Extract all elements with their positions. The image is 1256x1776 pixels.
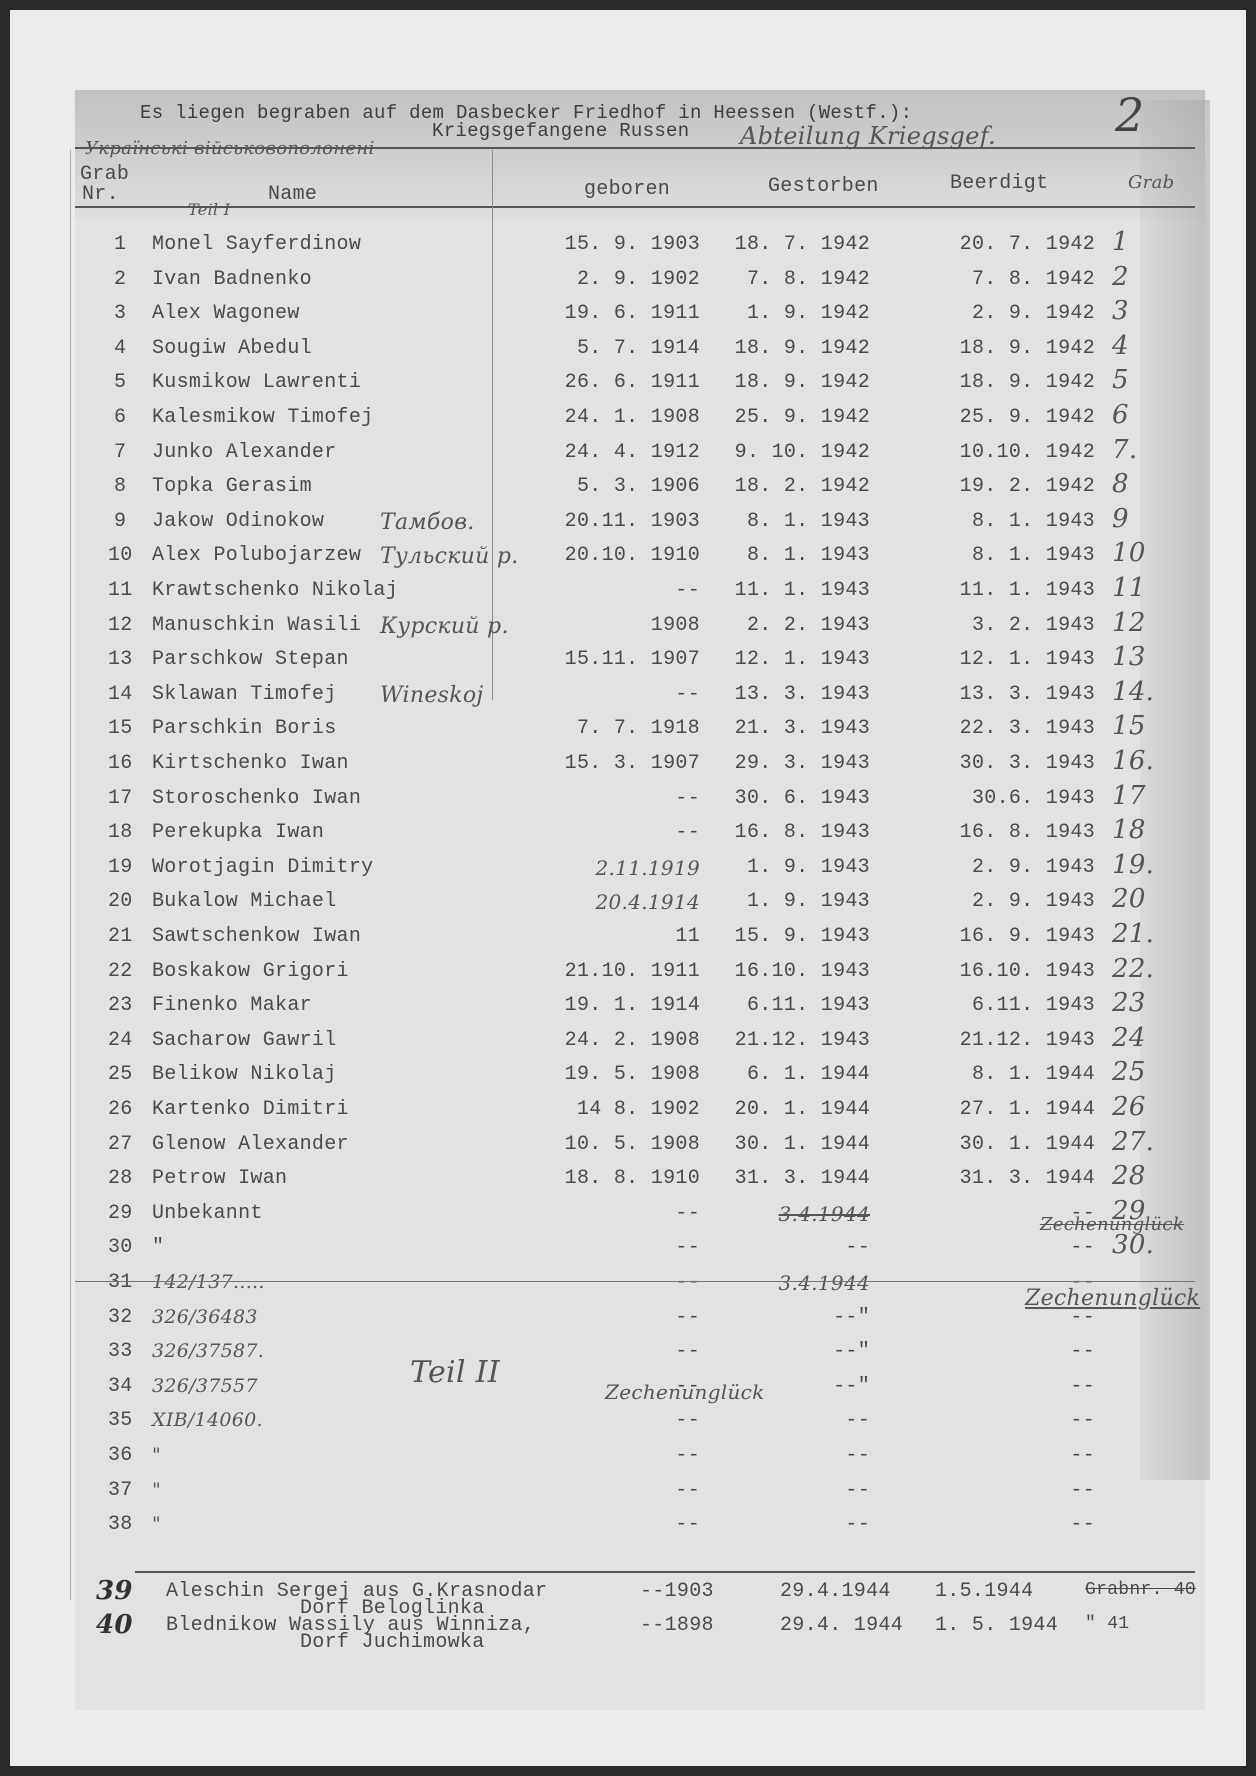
cell-handwritten-grave-number: 5: [1112, 365, 1129, 395]
cell-gestorben: 9. 10. 1942: [735, 441, 870, 464]
cell-name: ": [152, 1236, 164, 1259]
cell-geboren: --: [675, 821, 700, 844]
cell-geboren: 26. 6. 1911: [565, 371, 700, 394]
cell-geboren: --: [675, 579, 700, 602]
cell-grave-number: 17: [108, 787, 133, 810]
cell-grave-number: 3: [114, 302, 126, 325]
cell-grave-number: 14: [108, 683, 133, 706]
cell-beerdigt: --: [1070, 1236, 1095, 1259]
cell-beerdigt: 25. 9. 1942: [960, 406, 1095, 429]
cell-beerdigt: 18. 9. 1942: [960, 371, 1095, 394]
cell-geboren: 19. 6. 1911: [565, 302, 700, 325]
cell-handwritten-grave-number: 6: [1112, 400, 1129, 430]
cell-handwritten-grave-number: 24: [1112, 1023, 1146, 1053]
header-rule-top: [75, 147, 1195, 149]
cell-geboren: 15. 9. 1903: [565, 233, 700, 256]
column-header-gestorben: Gestorben: [768, 175, 879, 198]
cell-name: Unbekannt: [152, 1202, 263, 1225]
cell-geboren: 18. 8. 1910: [565, 1167, 700, 1190]
cell-name: Kalesmikow Timofej: [152, 406, 373, 429]
cell-beerdigt: 2. 9. 1942: [972, 302, 1095, 325]
cell-beerdigt: 8. 1. 1943: [972, 510, 1095, 533]
cell-grave-number: 36: [108, 1444, 133, 1467]
cell-geboren: --1898: [640, 1614, 714, 1637]
cell-name: Alex Wagonew: [152, 302, 300, 325]
cell-beerdigt: 7. 8. 1942: [972, 268, 1095, 291]
cell-name: Petrow Iwan: [152, 1167, 287, 1190]
cell-grave-number: 26: [108, 1098, 133, 1121]
cell-geboren: 15.11. 1907: [565, 648, 700, 671]
cell-gestorben: 3.4.1944: [779, 1271, 870, 1295]
cell-geboren: --1903: [640, 1580, 714, 1603]
cell-gestorben: 29. 3. 1943: [735, 752, 870, 775]
annotation-zechenungluck-struck: Zechenunglück: [1040, 1214, 1184, 1235]
cell-geboren: --: [675, 1409, 700, 1432]
cell-gestorben: --: [845, 1409, 870, 1432]
cell-name: Ivan Badnenko: [152, 268, 312, 291]
cell-handwritten-grave-number: 15: [1112, 711, 1146, 741]
cell-beerdigt: 13. 3. 1943: [960, 683, 1095, 706]
cell-gestorben: 1. 9. 1943: [747, 856, 870, 879]
cell-gestorben: 8. 1. 1943: [747, 544, 870, 567]
cell-beerdigt: 11. 1. 1943: [960, 579, 1095, 602]
cell-handwritten-grave-number: 8: [1112, 469, 1129, 499]
cell-name: Sawtschenkow Iwan: [152, 925, 361, 948]
rule-after-row-30: [75, 1281, 1195, 1282]
cell-handwritten-grave-number: 1: [1112, 227, 1129, 257]
cell-name: XIB/14060.: [152, 1409, 263, 1431]
cell-geboren: 7. 7. 1918: [577, 717, 700, 740]
column-header-nr: Nr.: [82, 183, 119, 206]
column-header-beerdigt: Beerdigt: [950, 172, 1048, 195]
left-margin-line: [70, 150, 71, 1600]
cell-gestorben: 30. 6. 1943: [735, 787, 870, 810]
cell-beerdigt: 22. 3. 1943: [960, 717, 1095, 740]
cell-gestorben: 11. 1. 1943: [735, 579, 870, 602]
cell-grave-number: 40: [96, 1610, 133, 1640]
cell-grave-number: 15: [108, 717, 133, 740]
cell-grave-number: 6: [114, 406, 126, 429]
cell-name: Kirtschenko Iwan: [152, 752, 349, 775]
cell-handwritten-grave-number: 28: [1112, 1161, 1146, 1191]
cell-grave-number: 4: [114, 337, 126, 360]
cell-beerdigt: 2. 9. 1943: [972, 890, 1095, 913]
cell-grave-number: 22: [108, 960, 133, 983]
cell-grave-number: 37: [108, 1479, 133, 1502]
cell-beerdigt: 2. 9. 1943: [972, 856, 1095, 879]
cell-geboren: 5. 3. 1906: [577, 475, 700, 498]
cell-gestorben: 2. 2. 1943: [747, 614, 870, 637]
cell-grave-number: 2: [114, 268, 126, 291]
cell-geboren: 5. 7. 1914: [577, 337, 700, 360]
cell-gestorben: 30. 1. 1944: [735, 1133, 870, 1156]
cell-gestorben: --: [845, 1236, 870, 1259]
cell-handwritten-grave-number: 16.: [1112, 746, 1154, 776]
cell-name: Jakow Odinokow: [152, 510, 324, 533]
cell-beerdigt: --: [1070, 1409, 1095, 1432]
cell-grave-reference: Grabnr. 40: [1085, 1580, 1196, 1600]
cell-handwritten-grave-number: 2: [1112, 262, 1129, 292]
cell-gestorben: 6.11. 1943: [747, 994, 870, 1017]
cell-geboren: 24. 2. 1908: [565, 1029, 700, 1052]
cell-name: Storoschenko Iwan: [152, 787, 361, 810]
cell-beerdigt: 18. 9. 1942: [960, 337, 1095, 360]
cell-handwritten-grave-number: 3: [1112, 296, 1129, 326]
cell-geboren: 14 8. 1902: [577, 1098, 700, 1121]
cell-grave-number: 20: [108, 890, 133, 913]
cell-beerdigt: 1.5.1944: [935, 1580, 1033, 1603]
cell-gestorben: --: [845, 1444, 870, 1467]
cell-grave-number: 13: [108, 648, 133, 671]
cell-grave-reference: " 41: [1085, 1614, 1129, 1634]
cell-beerdigt: 30. 3. 1943: [960, 752, 1095, 775]
cell-geboren: --: [675, 1236, 700, 1259]
cell-beerdigt: 8. 1. 1944: [972, 1063, 1095, 1086]
cell-grave-number: 30: [108, 1236, 133, 1259]
cell-geboren: 24. 1. 1908: [565, 406, 700, 429]
cell-gestorben: 8. 1. 1943: [747, 510, 870, 533]
cell-grave-number: 21: [108, 925, 133, 948]
cell-geboren: --: [675, 1513, 700, 1536]
cell-gestorben: 3.4.1944: [779, 1202, 870, 1226]
cell-gestorben: 1. 9. 1943: [747, 890, 870, 913]
cell-geboren: --: [675, 787, 700, 810]
cell-name: ": [152, 1479, 161, 1501]
cell-gestorben: --: [845, 1513, 870, 1536]
cell-name: Bukalow Michael: [152, 890, 337, 913]
cell-name: Boskakow Grigori: [152, 960, 349, 983]
cell-beerdigt: 20. 7. 1942: [960, 233, 1095, 256]
cell-handwritten-grave-number: 12: [1112, 608, 1146, 638]
cell-grave-number: 33: [108, 1340, 133, 1363]
cell-geboren: 2. 9. 1902: [577, 268, 700, 291]
cell-grave-number: 39: [96, 1576, 133, 1606]
cell-beerdigt: 16. 8. 1943: [960, 821, 1095, 844]
cell-name: Perekupka Iwan: [152, 821, 324, 844]
cell-handwritten-grave-number: 26: [1112, 1092, 1146, 1122]
cell-gestorben: --": [833, 1340, 870, 1363]
cell-gestorben: 18. 9. 1942: [735, 337, 870, 360]
cell-geboren: 15. 3. 1907: [565, 752, 700, 775]
handwritten-annotation-right: Abteilung Kriegsgef.: [740, 122, 996, 150]
column-header-name: Name: [268, 183, 317, 206]
cell-name: Finenko Makar: [152, 994, 312, 1017]
cell-handwritten-note: Тамбов.: [380, 510, 475, 535]
cell-grave-number: 32: [108, 1306, 133, 1329]
cell-beerdigt: 31. 3. 1944: [960, 1167, 1095, 1190]
cell-beerdigt: --: [1070, 1375, 1095, 1398]
cell-grave-number: 25: [108, 1063, 133, 1086]
cell-handwritten-grave-number: 21.: [1112, 919, 1154, 949]
cell-handwritten-grave-number: 9: [1112, 504, 1129, 534]
cell-grave-number: 34: [108, 1375, 133, 1398]
cell-gestorben: 6. 1. 1944: [747, 1063, 870, 1086]
cell-name: 326/37587.: [152, 1340, 264, 1362]
cell-beerdigt: --: [1070, 1513, 1095, 1536]
cell-geboren: 1908: [651, 614, 700, 637]
cell-name: Sacharow Gawril: [152, 1029, 337, 1052]
cell-handwritten-grave-number: 18: [1112, 815, 1146, 845]
page-number: 2: [1115, 88, 1145, 142]
cell-name: Alex Polubojarzew: [152, 544, 361, 567]
cell-name: Kusmikow Lawrenti: [152, 371, 361, 394]
cell-beerdigt: 8. 1. 1943: [972, 544, 1095, 567]
cell-grave-number: 9: [114, 510, 126, 533]
scan-shading-right: [1140, 100, 1210, 1480]
cell-name: Sougiw Abedul: [152, 337, 312, 360]
cell-geboren: 20.10. 1910: [565, 544, 700, 567]
cell-geboren: --: [675, 1340, 700, 1363]
cell-name: 326/37557: [152, 1375, 258, 1397]
cell-gestorben: 1. 9. 1942: [747, 302, 870, 325]
annotation-teil-2: Teil II: [410, 1355, 500, 1390]
cell-name: ": [152, 1444, 161, 1466]
cell-gestorben: 16. 8. 1943: [735, 821, 870, 844]
annotation-teil-1: Teil I: [188, 200, 230, 219]
cell-gestorben: 7. 8. 1942: [747, 268, 870, 291]
cell-handwritten-note: Курский р.: [380, 614, 509, 639]
cell-grave-number: 1: [114, 233, 126, 256]
cell-geboren: 24. 4. 1912: [565, 441, 700, 464]
cell-grave-number: 23: [108, 994, 133, 1017]
header-rule-bottom: [75, 206, 1195, 208]
cell-handwritten-grave-number: 25: [1112, 1057, 1146, 1087]
cell-grave-number: 11: [108, 579, 133, 602]
cell-name: Sklawan Timofej: [152, 683, 337, 706]
cell-gestorben: 18. 7. 1942: [735, 233, 870, 256]
cell-name: Glenow Alexander: [152, 1133, 349, 1156]
cell-name: 326/36483: [152, 1306, 258, 1328]
cell-grave-number: 27: [108, 1133, 133, 1156]
cell-beerdigt: 16. 9. 1943: [960, 925, 1095, 948]
cell-name: ": [152, 1513, 161, 1535]
cell-beerdigt: 10.10. 1942: [960, 441, 1095, 464]
cell-gestorben: 13. 3. 1943: [735, 683, 870, 706]
cell-gestorben: 15. 9. 1943: [735, 925, 870, 948]
annotation-zechenungluck-middle: Zechenunglück: [605, 1380, 765, 1404]
cell-gestorben: 25. 9. 1942: [735, 406, 870, 429]
cell-geboren: 20.11. 1903: [565, 510, 700, 533]
cell-handwritten-grave-number: 20: [1112, 884, 1146, 914]
cell-geboren: --: [675, 683, 700, 706]
cell-gestorben: --": [833, 1375, 870, 1398]
cell-beerdigt: 30. 1. 1944: [960, 1133, 1095, 1156]
cell-geboren: --: [675, 1202, 700, 1225]
cell-name: Parschkin Boris: [152, 717, 337, 740]
cell-grave-number: 29: [108, 1202, 133, 1225]
column-header-geboren: geboren: [584, 178, 670, 201]
cell-handwritten-grave-number: 11: [1112, 573, 1146, 603]
cell-grave-number: 35: [108, 1409, 133, 1432]
cell-geboren: 21.10. 1911: [565, 960, 700, 983]
cell-handwritten-grave-number: 23: [1112, 988, 1146, 1018]
cell-name: Topka Gerasim: [152, 475, 312, 498]
cell-grave-number: 28: [108, 1167, 133, 1190]
column-header-handwritten: Grab: [1128, 172, 1174, 193]
cell-geboren: 20.4.1914: [596, 890, 701, 914]
cell-geboren: 19. 1. 1914: [565, 994, 700, 1017]
cell-grave-number: 31: [108, 1271, 133, 1294]
cell-handwritten-grave-number: 13: [1112, 642, 1146, 672]
cell-geboren: --: [675, 1306, 700, 1329]
cell-beerdigt: 30.6. 1943: [972, 787, 1095, 810]
cell-geboren: 10. 5. 1908: [565, 1133, 700, 1156]
document-title-line2: Kriegsgefangene Russen: [432, 120, 689, 142]
cell-name: Worotjagin Dimitry: [152, 856, 373, 879]
cell-gestorben: 18. 2. 1942: [735, 475, 870, 498]
cell-beerdigt: 19. 2. 1942: [960, 475, 1095, 498]
cell-geboren: --: [675, 1479, 700, 1502]
cell-beerdigt: 6.11. 1943: [972, 994, 1095, 1017]
cell-beerdigt: 3. 2. 1943: [972, 614, 1095, 637]
cell-grave-number: 18: [108, 821, 133, 844]
cell-gestorben: --: [845, 1479, 870, 1502]
cell-geboren: 11: [675, 925, 700, 948]
cell-handwritten-note: Тульский р.: [380, 544, 519, 569]
annotation-zechenungluck: Zechenunglück: [1025, 1286, 1200, 1311]
cell-beerdigt: --: [1070, 1340, 1095, 1363]
cell-gestorben: --": [833, 1306, 870, 1329]
cell-gestorben: 21.12. 1943: [735, 1029, 870, 1052]
cell-gestorben: 21. 3. 1943: [735, 717, 870, 740]
cell-gestorben: 31. 3. 1944: [735, 1167, 870, 1190]
cell-handwritten-grave-number: 22.: [1112, 954, 1154, 984]
cell-beerdigt: --: [1070, 1444, 1095, 1467]
cell-grave-number: 16: [108, 752, 133, 775]
cell-gestorben: 29.4. 1944: [780, 1614, 903, 1637]
cell-gestorben: 18. 9. 1942: [735, 371, 870, 394]
cell-village: Dorf Juchimowka: [300, 1631, 485, 1654]
cell-beerdigt: 1. 5. 1944: [935, 1614, 1058, 1637]
cell-gestorben: 16.10. 1943: [735, 960, 870, 983]
cell-handwritten-grave-number: 14.: [1112, 677, 1154, 707]
cell-geboren: 19. 5. 1908: [565, 1063, 700, 1086]
cell-grave-number: 24: [108, 1029, 133, 1052]
cell-handwritten-grave-number: 19.: [1112, 850, 1154, 880]
cell-beerdigt: --: [1070, 1479, 1095, 1502]
cell-name: Kartenko Dimitri: [152, 1098, 349, 1121]
cell-handwritten-grave-number: 10: [1112, 538, 1146, 568]
cell-geboren: --: [675, 1271, 700, 1294]
cell-handwritten-grave-number: 4: [1112, 331, 1129, 361]
cell-handwritten-note: Wineskoj: [380, 683, 484, 708]
cell-geboren: --: [675, 1444, 700, 1467]
cell-beerdigt: 12. 1. 1943: [960, 648, 1095, 671]
cell-grave-number: 5: [114, 371, 126, 394]
cell-gestorben: 12. 1. 1943: [735, 648, 870, 671]
cell-name: Belikow Nikolaj: [152, 1063, 337, 1086]
cell-handwritten-grave-number: 27.: [1112, 1127, 1154, 1157]
cell-grave-number: 8: [114, 475, 126, 498]
cell-grave-number: 19: [108, 856, 133, 879]
cell-name: Parschkow Stepan: [152, 648, 349, 671]
cell-gestorben: 29.4.1944: [780, 1580, 891, 1603]
cell-geboren: 2.11.1919: [596, 856, 701, 880]
cell-gestorben: 20. 1. 1944: [735, 1098, 870, 1121]
rule-before-footer: [135, 1571, 1195, 1573]
cell-grave-number: 10: [108, 544, 133, 567]
cell-beerdigt: 21.12. 1943: [960, 1029, 1095, 1052]
cell-name: Monel Sayferdinow: [152, 233, 361, 256]
cell-name: Manuschkin Wasili: [152, 614, 361, 637]
cell-grave-number: 7: [114, 441, 126, 464]
cell-name: 142/137.....: [152, 1271, 265, 1293]
cell-name: Krawtschenko Nikolaj: [152, 579, 398, 602]
cell-handwritten-grave-number: 17: [1112, 781, 1146, 811]
cell-name: Junko Alexander: [152, 441, 337, 464]
cell-grave-number: 38: [108, 1513, 133, 1536]
cell-handwritten-grave-number: 7.: [1112, 435, 1137, 465]
cell-beerdigt: 27. 1. 1944: [960, 1098, 1095, 1121]
cell-beerdigt: 16.10. 1943: [960, 960, 1095, 983]
cell-grave-number: 12: [108, 614, 133, 637]
